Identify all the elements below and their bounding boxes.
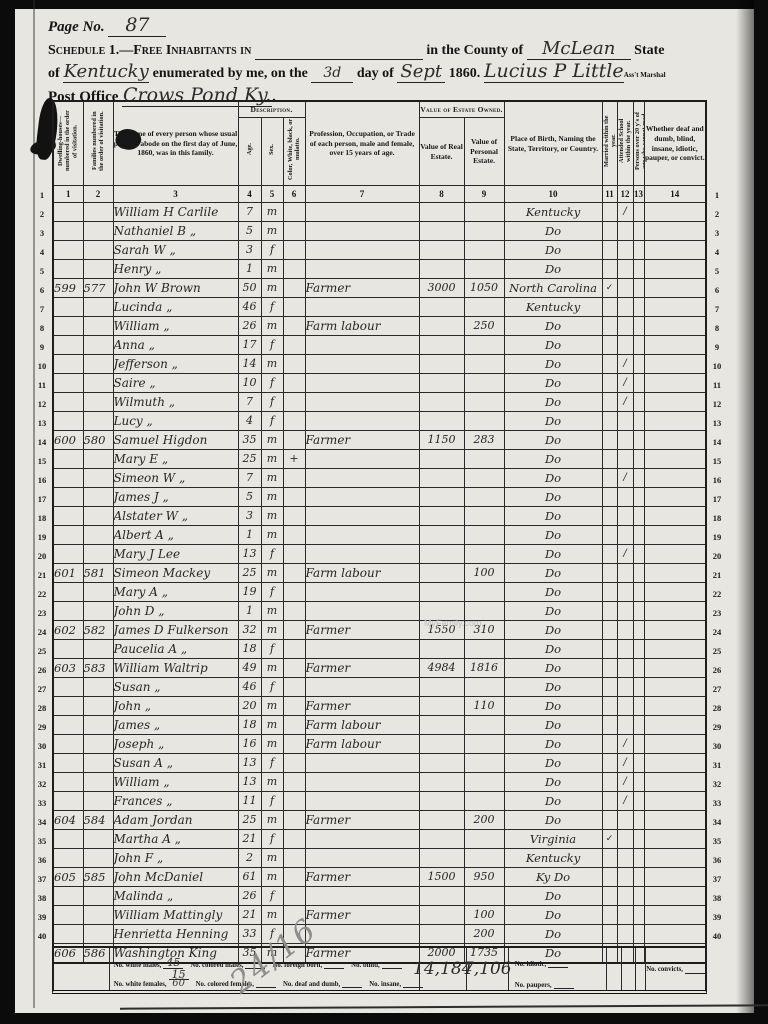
personal-estate-value-cell (464, 336, 504, 355)
line-number: 28 (34, 699, 50, 718)
census-row: Malinda „26fDo (53, 887, 706, 906)
census-row: 602582James D Fulkerson32mFarmer1550310D… (53, 621, 706, 640)
line-number: 36 (709, 851, 725, 870)
family-number-cell (83, 773, 113, 792)
cannot-read-mark-cell (633, 222, 644, 241)
line-number: 38 (34, 889, 50, 908)
census-row: Frances „11fDo/ (53, 792, 706, 811)
occupation-cell: Farmer (305, 621, 419, 640)
birthplace-cell: Do (504, 526, 602, 545)
married-mark-cell (602, 887, 617, 906)
personal-estate-total-cell: 7,106 (466, 948, 508, 990)
birthplace-cell: Do (504, 887, 602, 906)
cannot-read-mark-cell (633, 811, 644, 830)
marshal-signature: Lucius P Little (484, 60, 624, 82)
day-value: 3d (323, 65, 341, 81)
line-number: 23 (34, 604, 50, 623)
sex-cell: f (261, 336, 283, 355)
school-mark-cell (617, 279, 633, 298)
age-cell: 46 (238, 298, 261, 317)
line-number: 9 (34, 338, 50, 357)
married-mark-cell (602, 602, 617, 621)
married-mark-cell (602, 906, 617, 925)
married-mark-cell (602, 735, 617, 754)
sex-cell: m (261, 317, 283, 336)
col-header-occupation: Profession, Occupation, or Trade of each… (305, 101, 419, 186)
enumerated-label: enumerated by me, on the (153, 66, 308, 81)
name-cell: Jefferson „ (113, 355, 238, 374)
footer-convicts: No. convicts, (645, 948, 705, 990)
line-number: 6 (34, 281, 50, 300)
birthplace-cell: Kentucky (504, 298, 602, 317)
sex-cell: f (261, 583, 283, 602)
real-estate-value-cell (419, 545, 464, 564)
line-number: 35 (34, 832, 50, 851)
col-header-condition: Whether deaf and dumb, blind, insane, id… (644, 101, 706, 186)
real-estate-value-cell (419, 925, 464, 944)
real-estate-value-cell (419, 507, 464, 526)
line-number: 16 (34, 471, 50, 490)
dwelling-number-cell (53, 830, 83, 849)
cannot-read-mark-cell (633, 697, 644, 716)
color-cell (283, 659, 305, 678)
married-mark-cell (602, 925, 617, 944)
real-estate-total-cell: 14,184 (419, 948, 466, 990)
cannot-read-mark-cell (633, 640, 644, 659)
occupation-cell (305, 374, 419, 393)
family-number-cell (83, 450, 113, 469)
family-number-cell (83, 374, 113, 393)
school-mark-cell (617, 507, 633, 526)
census-row: Lucy „4fDo (53, 412, 706, 431)
real-estate-value-cell (419, 488, 464, 507)
age-cell: 1 (238, 602, 261, 621)
col-header-cannot-read: Persons over 20 y's of age who cannot re… (633, 101, 644, 186)
family-number-cell (83, 507, 113, 526)
age-cell: 46 (238, 678, 261, 697)
census-row: Nathaniel B „5mDo (53, 222, 706, 241)
birthplace-cell: Do (504, 735, 602, 754)
color-cell (283, 849, 305, 868)
occupation-cell (305, 412, 419, 431)
line-number: 22 (709, 585, 725, 604)
personal-estate-value-cell: 283 (464, 431, 504, 450)
occupation-cell: Farm labour (305, 735, 419, 754)
real-estate-value-cell (419, 203, 464, 222)
color-cell (283, 336, 305, 355)
color-cell (283, 507, 305, 526)
dwelling-number-cell (53, 792, 83, 811)
real-estate-value-cell (419, 697, 464, 716)
name-cell: Simeon Mackey (113, 564, 238, 583)
name-cell: John D „ (113, 602, 238, 621)
col-header-birthplace: Place of Birth, Naming the State, Territ… (504, 101, 602, 186)
line-number: 24 (34, 623, 50, 642)
line-number: 34 (709, 813, 725, 832)
married-mark-cell (602, 336, 617, 355)
real-estate-value-cell: 4984 (419, 659, 464, 678)
line-number: 25 (709, 642, 725, 661)
cannot-read-mark-cell (633, 678, 644, 697)
line-number: 11 (34, 376, 50, 395)
census-row: Henrietta Henning33f200Do (53, 925, 706, 944)
age-cell: 33 (238, 925, 261, 944)
married-mark-cell (602, 355, 617, 374)
col-header-age: Age. (238, 118, 261, 186)
name-cell: William Waltrip (113, 659, 238, 678)
line-number: 31 (34, 756, 50, 775)
personal-estate-value-cell (464, 298, 504, 317)
color-cell (283, 564, 305, 583)
age-cell: 50 (238, 279, 261, 298)
family-number-cell (83, 393, 113, 412)
age-cell: 17 (238, 336, 261, 355)
condition-cell (644, 260, 706, 279)
family-number-cell (83, 906, 113, 925)
married-mark-cell (602, 526, 617, 545)
dwelling-number-cell (53, 602, 83, 621)
birthplace-cell: Ky Do (504, 868, 602, 887)
dwelling-number-cell (53, 754, 83, 773)
cannot-read-mark-cell (633, 431, 644, 450)
line-number: 32 (709, 775, 725, 794)
married-mark-cell (602, 811, 617, 830)
line-number: 12 (709, 395, 725, 414)
age-cell: 49 (238, 659, 261, 678)
scan-shadow-right (736, 0, 754, 1024)
col-header-sex: Sex. (261, 118, 283, 186)
sex-cell: m (261, 203, 283, 222)
age-cell: 14 (238, 355, 261, 374)
personal-estate-value-cell (464, 507, 504, 526)
real-estate-value-cell: 3000 (419, 279, 464, 298)
age-cell: 61 (238, 868, 261, 887)
sex-cell: m (261, 488, 283, 507)
real-estate-value-cell (419, 241, 464, 260)
school-mark-cell (617, 583, 633, 602)
sex-cell: m (261, 564, 283, 583)
census-row: Joseph „16mFarm labourDo/ (53, 735, 706, 754)
enumeration-line: of Kentucky enumerated by me, on the 3d … (48, 60, 666, 83)
married-mark-cell (602, 659, 617, 678)
real-estate-value-cell (419, 754, 464, 773)
name-cell: Frances „ (113, 792, 238, 811)
dwelling-number-cell (53, 469, 83, 488)
line-numbers-right: 1234567891011121314151617181920212223242… (709, 186, 725, 946)
age-cell: 18 (238, 640, 261, 659)
dwelling-number-cell: 602 (53, 621, 83, 640)
school-mark-cell (617, 241, 633, 260)
line-number: 13 (709, 414, 725, 433)
census-row: 599577John W Brown50mFarmer30001050North… (53, 279, 706, 298)
real-estate-value-cell (419, 260, 464, 279)
real-estate-value-cell (419, 393, 464, 412)
color-cell (283, 697, 305, 716)
line-number: 30 (709, 737, 725, 756)
occupation-cell: Farm labour (305, 317, 419, 336)
line-number: 15 (34, 452, 50, 471)
age-cell: 10 (238, 374, 261, 393)
line-number: 24 (709, 623, 725, 642)
married-mark-cell (602, 412, 617, 431)
family-number-cell (83, 526, 113, 545)
school-mark-cell (617, 431, 633, 450)
name-cell: James „ (113, 716, 238, 735)
line-number: 29 (34, 718, 50, 737)
line-number: 18 (34, 509, 50, 528)
dwelling-number-cell (53, 355, 83, 374)
birthplace-cell: Do (504, 488, 602, 507)
family-number-cell (83, 602, 113, 621)
cannot-read-mark-cell (633, 450, 644, 469)
real-estate-value-cell (419, 906, 464, 925)
age-cell: 5 (238, 222, 261, 241)
school-mark-cell: / (617, 754, 633, 773)
age-cell: 3 (238, 507, 261, 526)
census-row: John F „2mKentucky (53, 849, 706, 868)
personal-estate-value-cell (464, 203, 504, 222)
age-cell: 21 (238, 906, 261, 925)
occupation-cell: Farm labour (305, 716, 419, 735)
dwelling-number-cell (53, 488, 83, 507)
occupation-cell (305, 355, 419, 374)
census-row: Lucinda „46fKentucky (53, 298, 706, 317)
occupation-cell (305, 241, 419, 260)
footer-blank (54, 948, 109, 990)
dwelling-number-cell: 603 (53, 659, 83, 678)
birthplace-cell: Do (504, 678, 602, 697)
personal-estate-value-cell (464, 545, 504, 564)
line-number: 14 (709, 433, 725, 452)
sex-cell: m (261, 849, 283, 868)
name-cell: Henry „ (113, 260, 238, 279)
color-cell (283, 716, 305, 735)
census-row: Henry „1mDo (53, 260, 706, 279)
line-number: 36 (34, 851, 50, 870)
family-number-cell (83, 830, 113, 849)
line-number: 15 (709, 452, 725, 471)
condition-cell (644, 811, 706, 830)
birthplace-cell: Do (504, 564, 602, 583)
school-mark-cell (617, 811, 633, 830)
line-number: 3 (709, 224, 725, 243)
family-number-cell (83, 887, 113, 906)
cannot-read-mark-cell (633, 393, 644, 412)
col-header-personal-estate: Value of Personal Estate. (464, 118, 504, 186)
sex-cell: f (261, 393, 283, 412)
name-cell: William H Carlile (113, 203, 238, 222)
line-number: 2 (34, 205, 50, 224)
color-cell (283, 374, 305, 393)
family-number-cell (83, 716, 113, 735)
personal-estate-value-cell: 100 (464, 564, 504, 583)
occupation-cell: Farmer (305, 906, 419, 925)
birthplace-cell: Do (504, 621, 602, 640)
cannot-read-mark-cell (633, 792, 644, 811)
occupation-cell (305, 887, 419, 906)
birthplace-cell: Do (504, 507, 602, 526)
scan-edge-right (754, 0, 768, 1024)
school-mark-cell: / (617, 792, 633, 811)
cannot-read-mark-cell (633, 374, 644, 393)
age-cell: 35 (238, 431, 261, 450)
name-cell: Susan A „ (113, 754, 238, 773)
cannot-read-mark-cell (633, 735, 644, 754)
occupation-cell (305, 336, 419, 355)
condition-cell (644, 640, 706, 659)
personal-estate-value-cell (464, 374, 504, 393)
birthplace-cell: Do (504, 792, 602, 811)
census-scan-page: { "header": { "page_no_label": "Page No.… (0, 0, 768, 1024)
personal-estate-value-cell (464, 241, 504, 260)
birthplace-cell: Do (504, 431, 602, 450)
age-cell: 25 (238, 450, 261, 469)
personal-estate-value-cell (464, 488, 504, 507)
col-header-dwelling: Dwelling-houses— numbered in the order o… (53, 101, 83, 186)
color-cell (283, 279, 305, 298)
age-cell: 13 (238, 754, 261, 773)
dwelling-number-cell (53, 716, 83, 735)
dwelling-number-cell (53, 545, 83, 564)
census-row: 603583William Waltrip49mFarmer49841816Do (53, 659, 706, 678)
occupation-cell (305, 754, 419, 773)
cannot-read-mark-cell (633, 336, 644, 355)
dwelling-number-cell: 600 (53, 431, 83, 450)
condition-cell (644, 716, 706, 735)
sex-cell: f (261, 545, 283, 564)
real-estate-value-cell (419, 412, 464, 431)
personal-estate-value-cell (464, 754, 504, 773)
line-number: 18 (709, 509, 725, 528)
family-number-cell (83, 412, 113, 431)
white-males-total: 45 (163, 959, 183, 967)
cannot-read-mark-cell (633, 279, 644, 298)
line-numbers-left: 1234567891011121314151617181920212223242… (34, 186, 50, 946)
real-estate-value-cell (419, 450, 464, 469)
color-cell (283, 260, 305, 279)
cannot-read-mark-cell (633, 659, 644, 678)
school-mark-cell (617, 602, 633, 621)
line-number: 39 (709, 908, 725, 927)
paper-bottom-rule (120, 1004, 768, 1009)
line-number: 13 (34, 414, 50, 433)
school-mark-cell: / (617, 735, 633, 754)
school-mark-cell (617, 621, 633, 640)
color-cell (283, 317, 305, 336)
school-mark-cell: / (617, 393, 633, 412)
dwelling-number-cell (53, 849, 83, 868)
name-cell: Wilmuth „ (113, 393, 238, 412)
color-cell: + (283, 450, 305, 469)
occupation-cell (305, 678, 419, 697)
birthplace-cell: Do (504, 773, 602, 792)
birthplace-cell: Do (504, 469, 602, 488)
personal-estate-value-cell (464, 678, 504, 697)
occupation-cell: Farmer (305, 697, 419, 716)
married-mark-cell (602, 241, 617, 260)
name-cell: Mary J Lee (113, 545, 238, 564)
cannot-read-mark-cell (633, 925, 644, 944)
occupation-cell (305, 469, 419, 488)
occupation-cell (305, 640, 419, 659)
school-mark-cell (617, 697, 633, 716)
dwelling-number-cell (53, 773, 83, 792)
birthplace-cell: Do (504, 317, 602, 336)
line-number: 33 (709, 794, 725, 813)
cannot-read-mark-cell (633, 260, 644, 279)
birthplace-cell: Do (504, 450, 602, 469)
cannot-read-mark-cell (633, 355, 644, 374)
dwelling-number-cell (53, 583, 83, 602)
married-mark-cell (602, 222, 617, 241)
occupation-cell (305, 393, 419, 412)
family-number-cell: 580 (83, 431, 113, 450)
married-mark-cell (602, 868, 617, 887)
color-cell (283, 811, 305, 830)
married-mark-cell (602, 469, 617, 488)
school-mark-cell (617, 336, 633, 355)
watermark: MyFamily.com (424, 618, 481, 628)
dwelling-number-cell (53, 393, 83, 412)
birthplace-cell: Kentucky (504, 849, 602, 868)
sex-cell: m (261, 507, 283, 526)
cannot-read-mark-cell (633, 849, 644, 868)
page-no-value: 87 (125, 14, 149, 36)
condition-cell (644, 545, 706, 564)
birthplace-cell: Do (504, 906, 602, 925)
color-cell (283, 203, 305, 222)
page-no-label: Page No. (48, 19, 105, 35)
sex-cell: m (261, 450, 283, 469)
family-number-cell (83, 488, 113, 507)
line-number: 7 (709, 300, 725, 319)
sex-cell: f (261, 298, 283, 317)
real-estate-value-cell (419, 564, 464, 583)
color-cell (283, 222, 305, 241)
table-header: Dwelling-houses— numbered in the order o… (53, 101, 706, 203)
census-row: 600580Samuel Higdon35mFarmer1150283Do (53, 431, 706, 450)
dwelling-number-cell (53, 887, 83, 906)
birthplace-cell: Do (504, 754, 602, 773)
census-row: James „18mFarm labourDo (53, 716, 706, 735)
occupation-cell: Farm labour (305, 564, 419, 583)
age-cell: 1 (238, 260, 261, 279)
dwelling-number-cell (53, 374, 83, 393)
dwelling-number-cell: 599 (53, 279, 83, 298)
married-mark-cell: ✓ (602, 830, 617, 849)
dwelling-number-cell (53, 678, 83, 697)
married-mark-cell (602, 621, 617, 640)
footer-col12 (621, 948, 635, 990)
personal-estate-value-cell (464, 355, 504, 374)
school-mark-cell (617, 925, 633, 944)
condition-cell (644, 659, 706, 678)
condition-cell (644, 526, 706, 545)
sex-cell: m (261, 469, 283, 488)
state-value: Kentucky (64, 61, 149, 82)
family-number-cell: 585 (83, 868, 113, 887)
dwelling-number-cell (53, 203, 83, 222)
personal-estate-value-cell (464, 735, 504, 754)
name-cell: Susan „ (113, 678, 238, 697)
married-mark-cell (602, 640, 617, 659)
occupation-cell (305, 450, 419, 469)
name-cell: William „ (113, 317, 238, 336)
column-number-row: 1 2 3 4 5 6 7 8 9 10 11 12 13 14 (53, 186, 706, 203)
family-number-cell (83, 298, 113, 317)
cannot-read-mark-cell (633, 545, 644, 564)
school-mark-cell (617, 317, 633, 336)
